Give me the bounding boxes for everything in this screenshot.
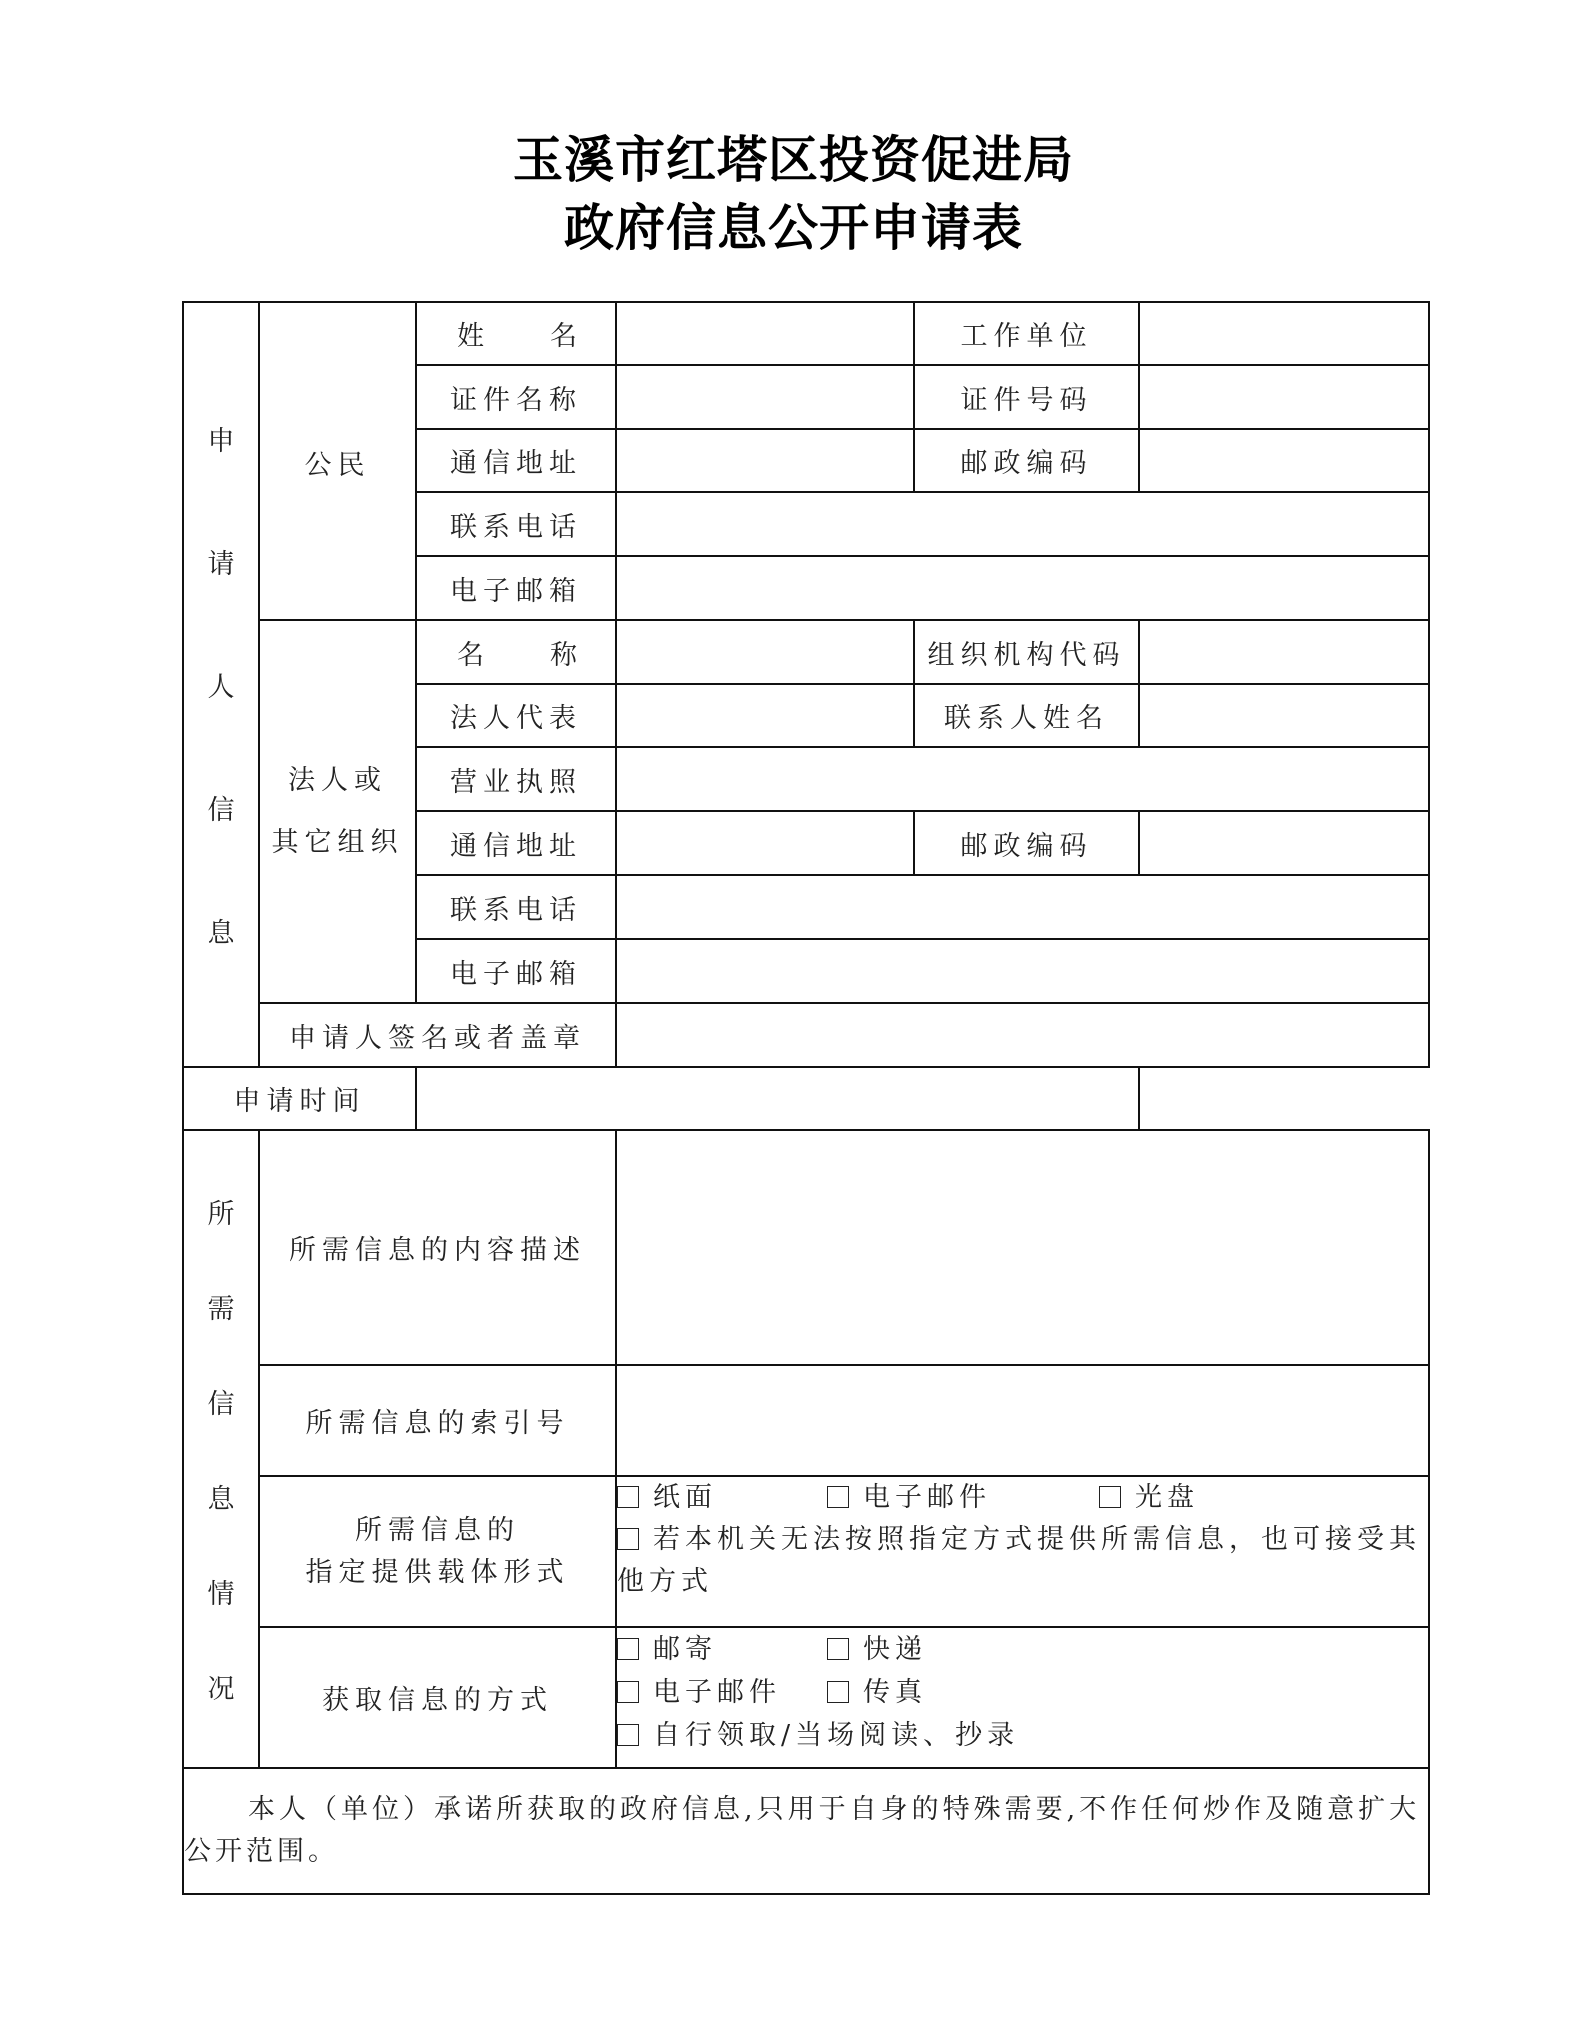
checkbox-icon[interactable] <box>617 1724 639 1746</box>
org-business-license-field[interactable] <box>616 747 1429 811</box>
citizen-email-field[interactable] <box>616 556 1429 620</box>
org-code-label: 组织机构代码 <box>914 620 1139 684</box>
citizen-postcode-field[interactable] <box>1139 429 1429 492</box>
carrier-options: 纸面电子邮件光盘 若本机关无法按照指定方式提供所需信息，也可接受其他方式 <box>616 1476 1429 1627</box>
signature-field[interactable] <box>616 1003 1429 1067</box>
org-email-field[interactable] <box>616 939 1429 1003</box>
citizen-id-type-label: 证件名称 <box>416 365 616 429</box>
checkbox-icon[interactable] <box>617 1681 639 1703</box>
citizen-id-number-label: 证件号码 <box>914 365 1139 429</box>
method-option-self-pickup[interactable]: 自行领取/当场阅读、抄录 <box>617 1714 1019 1757</box>
checkbox-icon[interactable] <box>617 1638 639 1660</box>
signature-label: 申请人签名或者盖章 <box>259 1003 616 1067</box>
citizen-address-field[interactable] <box>616 429 914 492</box>
checkbox-icon[interactable] <box>1099 1486 1121 1508</box>
carrier-option-disc[interactable]: 光盘 <box>1099 1477 1199 1519</box>
carrier-option-alternative[interactable]: 若本机关无法按照指定方式提供所需信息，也可接受其他方式 <box>617 1519 1428 1603</box>
retrieval-method-label: 获取信息的方式 <box>259 1627 616 1768</box>
org-code-field[interactable] <box>1139 620 1429 684</box>
org-contact-name-label: 联系人姓名 <box>914 684 1139 747</box>
org-address-field[interactable] <box>616 811 914 875</box>
org-postcode-field[interactable] <box>1139 811 1429 875</box>
org-legal-rep-label: 法人代表 <box>416 684 616 747</box>
citizen-group-label: 公民 <box>259 302 416 620</box>
applicant-section-label: 申 请 人 信 息 <box>183 302 259 1067</box>
retrieval-method-options: 邮寄快递 电子邮件传真 自行领取/当场阅读、抄录 <box>616 1627 1429 1768</box>
carrier-option-email[interactable]: 电子邮件 <box>827 1477 1099 1519</box>
citizen-phone-field[interactable] <box>616 492 1429 556</box>
carrier-form-label: 所需信息的 指定提供载体形式 <box>259 1476 616 1627</box>
method-option-express[interactable]: 快递 <box>827 1628 927 1671</box>
checkbox-icon[interactable] <box>827 1681 849 1703</box>
citizen-postcode-label: 邮政编码 <box>914 429 1139 492</box>
checkbox-icon[interactable] <box>617 1528 639 1550</box>
org-phone-field[interactable] <box>616 875 1429 939</box>
citizen-address-label: 通信地址 <box>416 429 616 492</box>
application-form-table: 申 请 人 信 息 公民 姓名 工作单位 证件名称 证件号码 通信地址 邮政编码… <box>182 301 1430 1895</box>
content-description-field[interactable] <box>616 1130 1429 1365</box>
citizen-employer-label: 工作单位 <box>914 302 1139 365</box>
form-title-line2: 政府信息公开申请表 <box>0 188 1587 260</box>
requested-info-section-label: 所 需 信 息 情 况 <box>183 1130 259 1768</box>
org-business-license-label: 营业执照 <box>416 747 616 811</box>
application-date-field[interactable] <box>416 1067 1139 1130</box>
citizen-id-number-field[interactable] <box>1139 365 1429 429</box>
method-option-fax[interactable]: 传真 <box>827 1671 927 1714</box>
org-postcode-label: 邮政编码 <box>914 811 1139 875</box>
org-name-field[interactable] <box>616 620 914 684</box>
citizen-email-label: 电子邮箱 <box>416 556 616 620</box>
org-address-label: 通信地址 <box>416 811 616 875</box>
org-name-label: 名称 <box>416 620 616 684</box>
citizen-name-label: 姓名 <box>416 302 616 365</box>
checkbox-icon[interactable] <box>617 1486 639 1508</box>
application-date-label: 申请时间 <box>183 1067 416 1130</box>
checkbox-icon[interactable] <box>827 1638 849 1660</box>
citizen-phone-label: 联系电话 <box>416 492 616 556</box>
org-legal-rep-field[interactable] <box>616 684 914 747</box>
content-description-label: 所需信息的内容描述 <box>259 1130 616 1365</box>
form-title-line1: 玉溪市红塔区投资促进局 <box>0 120 1587 192</box>
citizen-id-type-field[interactable] <box>616 365 914 429</box>
citizen-employer-field[interactable] <box>1139 302 1429 365</box>
citizen-name-field[interactable] <box>616 302 914 365</box>
org-email-label: 电子邮箱 <box>416 939 616 1003</box>
carrier-option-paper[interactable]: 纸面 <box>617 1477 827 1519</box>
organization-group-label: 法人或 其它组织 <box>259 620 416 1003</box>
method-option-mail[interactable]: 邮寄 <box>617 1628 827 1671</box>
method-option-email[interactable]: 电子邮件 <box>617 1671 827 1714</box>
index-number-label: 所需信息的索引号 <box>259 1365 616 1476</box>
pledge-statement: 本人（单位）承诺所获取的政府信息,只用于自身的特殊需要,不作任何炒作及随意扩大公… <box>183 1768 1429 1894</box>
index-number-field[interactable] <box>616 1365 1429 1476</box>
org-phone-label: 联系电话 <box>416 875 616 939</box>
org-contact-name-field[interactable] <box>1139 684 1429 747</box>
checkbox-icon[interactable] <box>827 1486 849 1508</box>
